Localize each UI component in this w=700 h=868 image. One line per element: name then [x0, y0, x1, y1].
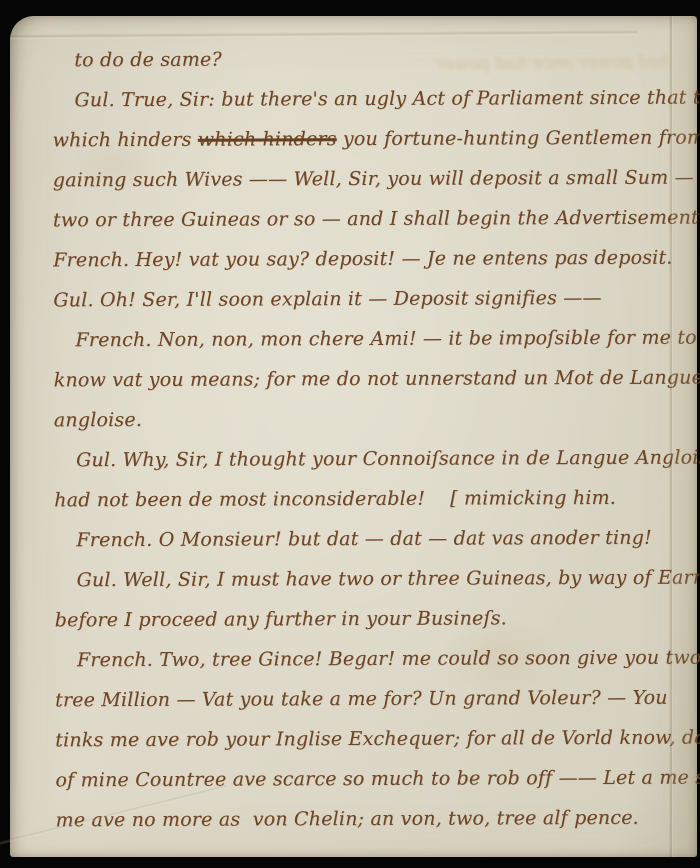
- text-segment: tinks me ave rob your Inglise Exchequer;…: [55, 726, 700, 751]
- text-segment: Gul. Why, Sir, I thought your Connoiſsan…: [76, 446, 700, 471]
- text-segment: French. Two, tree Gince! Begar! me could…: [77, 647, 700, 672]
- manuscript-line: gaining such Wives —— Well, Sir, you wil…: [53, 167, 666, 210]
- text-segment: me ave no more as von Chelin; an von, tw…: [56, 807, 639, 832]
- text-segment: tree Million — Vat you take a me for? Un…: [55, 687, 668, 712]
- text-segment: Gul. True, Sir: but there's an ugly Act …: [74, 86, 700, 111]
- manuscript-line: of mine Countree ave scarce so much to b…: [55, 767, 668, 810]
- text-segment: which hinders: [53, 129, 198, 152]
- manuscript-page: had power once had power to do de same?G…: [10, 16, 697, 857]
- text-segment: French. Hey! vat you say? deposit! — Je …: [53, 247, 672, 272]
- manuscript-line: Gul. Oh! Ser, I'll soon explain it — Dep…: [53, 287, 666, 330]
- text-segment: French. Non, non, mon chere Ami! — it be…: [75, 327, 696, 352]
- struck-text: which hinders: [198, 128, 337, 151]
- manuscript-line: French. Non, non, mon chere Ami! — it be…: [53, 327, 666, 370]
- text-segment: Gul. Well, Sir, I must have two or three…: [77, 566, 700, 591]
- text-segment: gaining such Wives —— Well, Sir, you wil…: [53, 167, 694, 192]
- text-segment: two or three Guineas or so — and I shall…: [53, 206, 700, 231]
- manuscript-line: to do de same?: [52, 47, 665, 90]
- text-segment: of mine Countree ave scarce so much to b…: [55, 766, 700, 791]
- manuscript-line: Gul. Why, Sir, I thought your Connoiſsan…: [54, 447, 667, 490]
- paper-crease-top: [10, 30, 637, 39]
- manuscript-line: French. Hey! vat you say? deposit! — Je …: [53, 247, 666, 290]
- manuscript-line: angloise.: [54, 407, 667, 450]
- manuscript-line: me ave no more as von Chelin; an von, tw…: [56, 807, 669, 850]
- manuscript-line: French. O Monsieur! but dat — dat — dat …: [54, 527, 667, 570]
- text-segment: French. O Monsieur! but dat — dat — dat …: [76, 527, 652, 552]
- text-segment: to do de same?: [74, 49, 222, 72]
- manuscript-line: tinks me ave rob your Inglise Exchequer;…: [55, 727, 668, 770]
- text-segment: know vat you means; for me do not unners…: [54, 367, 700, 392]
- manuscript-line: two or three Guineas or so — and I shall…: [53, 207, 666, 250]
- manuscript-line: know vat you means; for me do not unners…: [54, 367, 667, 410]
- manuscript-line: which hinders which hinders you fortune-…: [53, 127, 666, 170]
- manuscript-line: Gul. Well, Sir, I must have two or three…: [55, 567, 668, 610]
- photo-frame: had power once had power to do de same?G…: [0, 0, 700, 868]
- manuscript-line: Gul. True, Sir: but there's an ugly Act …: [52, 87, 665, 130]
- page-edge-strip: [673, 16, 697, 857]
- manuscript-text: to do de same?Gul. True, Sir: but there'…: [52, 47, 668, 850]
- text-segment: Gul. Oh! Ser, I'll soon explain it — Dep…: [53, 287, 601, 311]
- manuscript-line: French. Two, tree Gince! Begar! me could…: [55, 647, 668, 690]
- manuscript-line: had not been de most inconsiderable! [ m…: [54, 487, 667, 530]
- manuscript-line: before I proceed any further in your Bus…: [55, 607, 668, 650]
- manuscript-line: tree Million — Vat you take a me for? Un…: [55, 687, 668, 730]
- text-segment: angloise.: [54, 409, 142, 431]
- text-segment: you fortune-hunting Gentlemen from: [337, 126, 700, 150]
- text-segment: before I proceed any further in your Bus…: [55, 607, 507, 631]
- text-segment: had not been de most inconsiderable! [ m…: [54, 487, 616, 511]
